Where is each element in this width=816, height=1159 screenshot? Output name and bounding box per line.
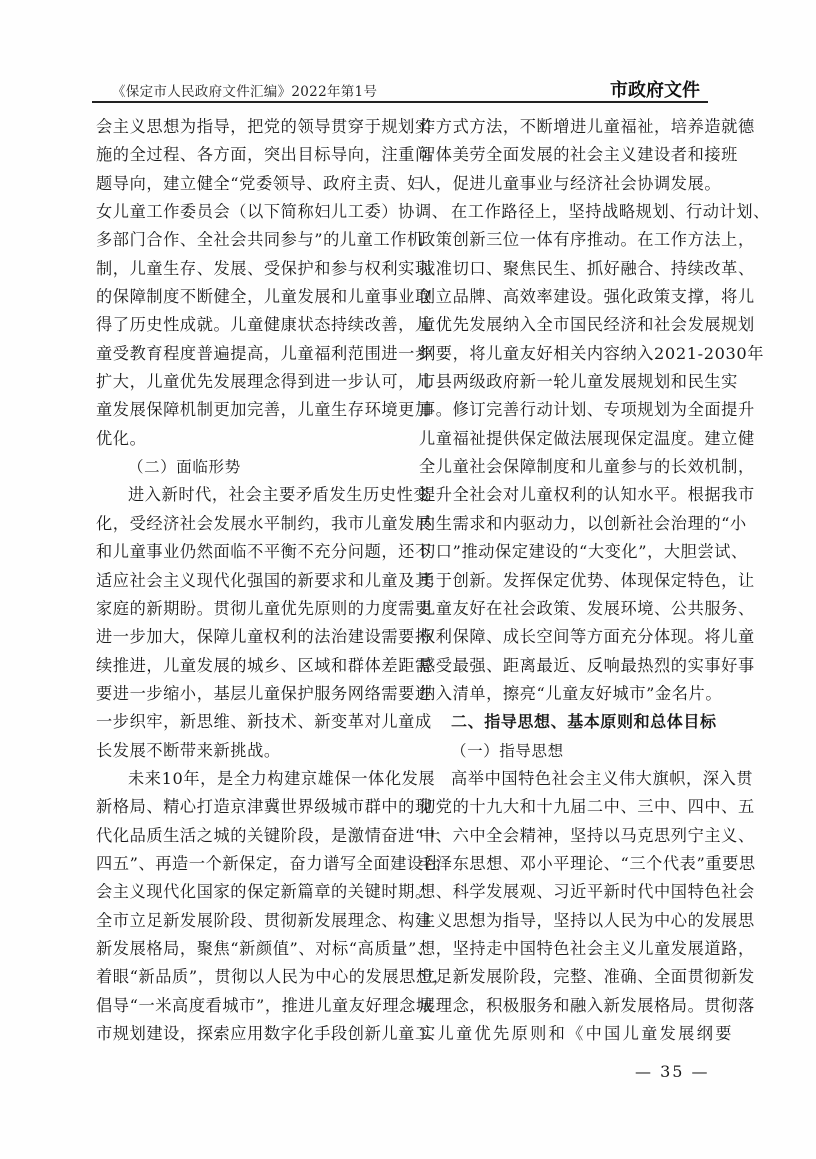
text-line: 适应社会主义现代化强国的新要求和儿童及其 (96, 567, 409, 595)
text-line: 化，受经济社会发展水平制约，我市儿童发展 (96, 510, 409, 538)
text-line: 进一步加大，保障儿童权利的法治建设需要持 (96, 623, 409, 651)
text-line: 彻党的十九大和十九届二中、三中、四中、五 (419, 793, 732, 821)
text-line: 立足新发展阶段，完整、准确、全面贯彻新发 (419, 963, 732, 991)
text-line: 实儿童优先原则和《中国儿童发展纲要 (419, 1020, 732, 1048)
text-line: 多部门合作、全社会共同参与”的儿童工作机 (96, 226, 409, 254)
text-line: 市县两级政府新一轮儿童发展规划和民生实 (419, 368, 732, 396)
text-line: 施的全过程、各方面，突出目标导向，注重问 (96, 141, 409, 169)
subsection-heading: （二）面临形势 (96, 453, 409, 481)
text-line: 代化品质生活之城的关键阶段，是激情奋进“十 (96, 822, 409, 850)
right-column: 作方式方法，不断增进儿童福祉，培养造就德智体美劳全面发展的社会主义建设者和接班人… (419, 113, 732, 1048)
text-line: 家庭的新期盼。贯彻儿童优先原则的力度需要 (96, 595, 409, 623)
text-line: 提升全社会对儿童权利的认知水平。根据我市 (419, 481, 732, 509)
text-line: 纲要，将儿童友好相关内容纳入2021-2030年 (419, 340, 732, 368)
text-line: 主义思想为指导，坚持以人民为中心的发展思 (419, 907, 732, 935)
text-line: 要进一步缩小，基层儿童保护服务网络需要进 (96, 680, 409, 708)
text-line: 市规划建设，探索应用数字化手段创新儿童工 (96, 1020, 409, 1048)
subsection-heading: （一）指导思想 (419, 737, 732, 765)
text-line: 续推进，儿童发展的城乡、区域和群体差距需 (96, 652, 409, 680)
header-rule (92, 101, 708, 103)
text-line: 展理念，积极服务和融入新发展格局。贯彻落 (419, 992, 732, 1020)
left-column: 会主义思想为指导，把党的领导贯穿于规划实施的全过程、各方面，突出目标导向，注重问… (96, 113, 409, 1048)
text-line: 会主义现代化国家的保定新篇章的关键时期。 (96, 878, 409, 906)
text-line: 高举中国特色社会主义伟大旗帜，深入贯 (419, 765, 732, 793)
text-line: 智体美劳全面发展的社会主义建设者和接班 (419, 141, 732, 169)
text-line: 着眼“新品质”，贯彻以人民为中心的发展思想， (96, 963, 409, 991)
text-line: 长发展不断带来新挑战。 (96, 737, 409, 765)
text-line: 纳入清单，擦亮“儿童友好城市”金名片。 (419, 680, 732, 708)
page-number: — 35 — (635, 1062, 710, 1081)
text-line: 优化。 (96, 425, 409, 453)
text-line: 一步织牢，新思维、新技术、新变革对儿童成 (96, 708, 409, 736)
text-line: 和儿童事业仍然面临不平衡不充分问题，还不 (96, 538, 409, 566)
text-line: 创立品牌、高效率建设。强化政策支撑，将儿 (419, 283, 732, 311)
running-header-publication: 《保定市人民政府文件汇编》2022年第1号 (112, 80, 377, 100)
text-line: 内生需求和内驱动力，以创新社会治理的“小 (419, 510, 732, 538)
text-line: 会主义思想为指导，把党的领导贯穿于规划实 (96, 113, 409, 141)
text-line: 人，促进儿童事业与经济社会协调发展。 (419, 170, 732, 198)
text-line: 童优先发展纳入全市国民经济和社会发展规划 (419, 311, 732, 339)
text-line: 四五”、再造一个新保定，奋力谱写全面建设社 (96, 850, 409, 878)
text-line: 扩大，儿童优先发展理念得到进一步认可，儿 (96, 368, 409, 396)
text-line: 全市立足新发展阶段、贯彻新发展理念、构建 (96, 907, 409, 935)
text-line: 毛泽东思想、邓小平理论、“三个代表”重要思 (419, 850, 732, 878)
text-line: 新格局、精心打造京津冀世界级城市群中的现 (96, 793, 409, 821)
text-line: 女儿童工作委员会（以下简称妇儿工委）协调、 (96, 198, 409, 226)
text-line: 童受教育程度普遍提高，儿童福利范围进一步 (96, 340, 409, 368)
text-line: 进入新时代，社会主要矛盾发生历史性变 (96, 481, 409, 509)
text-line: 事。修订完善行动计划、专项规划为全面提升 (419, 396, 732, 424)
text-line: 想，坚持走中国特色社会主义儿童发展道路， (419, 935, 732, 963)
text-line: 儿童福祉提供保定做法展现保定温度。建立健 (419, 425, 732, 453)
text-line: 未来10年，是全力构建京雄保一体化发展 (96, 765, 409, 793)
text-line: 勇于创新。发挥保定优势、体现保定特色，让 (419, 567, 732, 595)
text-line: 找准切口、聚焦民生、抓好融合、持续改革、 (419, 255, 732, 283)
text-line: 得了历史性成就。儿童健康状态持续改善，儿 (96, 311, 409, 339)
text-line: 新发展格局，聚焦“新颜值”、对标“高质量”、 (96, 935, 409, 963)
text-line: 题导向，建立健全“党委领导、政府主责、妇 (96, 170, 409, 198)
section-heading: 二、指导思想、基本原则和总体目标 (419, 708, 732, 736)
text-line: 政策创新三位一体有序推动。在工作方法上， (419, 226, 732, 254)
text-line: 权利保障、成长空间等方面充分体现。将儿童 (419, 623, 732, 651)
text-line: 童发展保障机制更加完善，儿童生存环境更加 (96, 396, 409, 424)
text-line: 全儿童社会保障制度和儿童参与的长效机制， (419, 453, 732, 481)
text-line: 中、六中全会精神，坚持以马克思列宁主义、 (419, 822, 732, 850)
text-line: 感受最强、距离最近、反响最热烈的实事好事 (419, 652, 732, 680)
text-line: 的保障制度不断健全，儿童发展和儿童事业取 (96, 283, 409, 311)
text-line: 在工作路径上，坚持战略规划、行动计划、 (419, 198, 732, 226)
text-line: 儿童友好在社会政策、发展环境、公共服务、 (419, 595, 732, 623)
text-line: 作方式方法，不断增进儿童福祉，培养造就德 (419, 113, 732, 141)
text-line: 想、科学发展观、习近平新时代中国特色社会 (419, 878, 732, 906)
running-header-section: 市政府文件 (610, 76, 700, 102)
text-line: 制，儿童生存、发展、受保护和参与权利实现 (96, 255, 409, 283)
text-line: 切口”推动保定建设的“大变化”，大胆尝试、 (419, 538, 732, 566)
text-line: 倡导“一米高度看城市”，推进儿童友好理念城 (96, 992, 409, 1020)
